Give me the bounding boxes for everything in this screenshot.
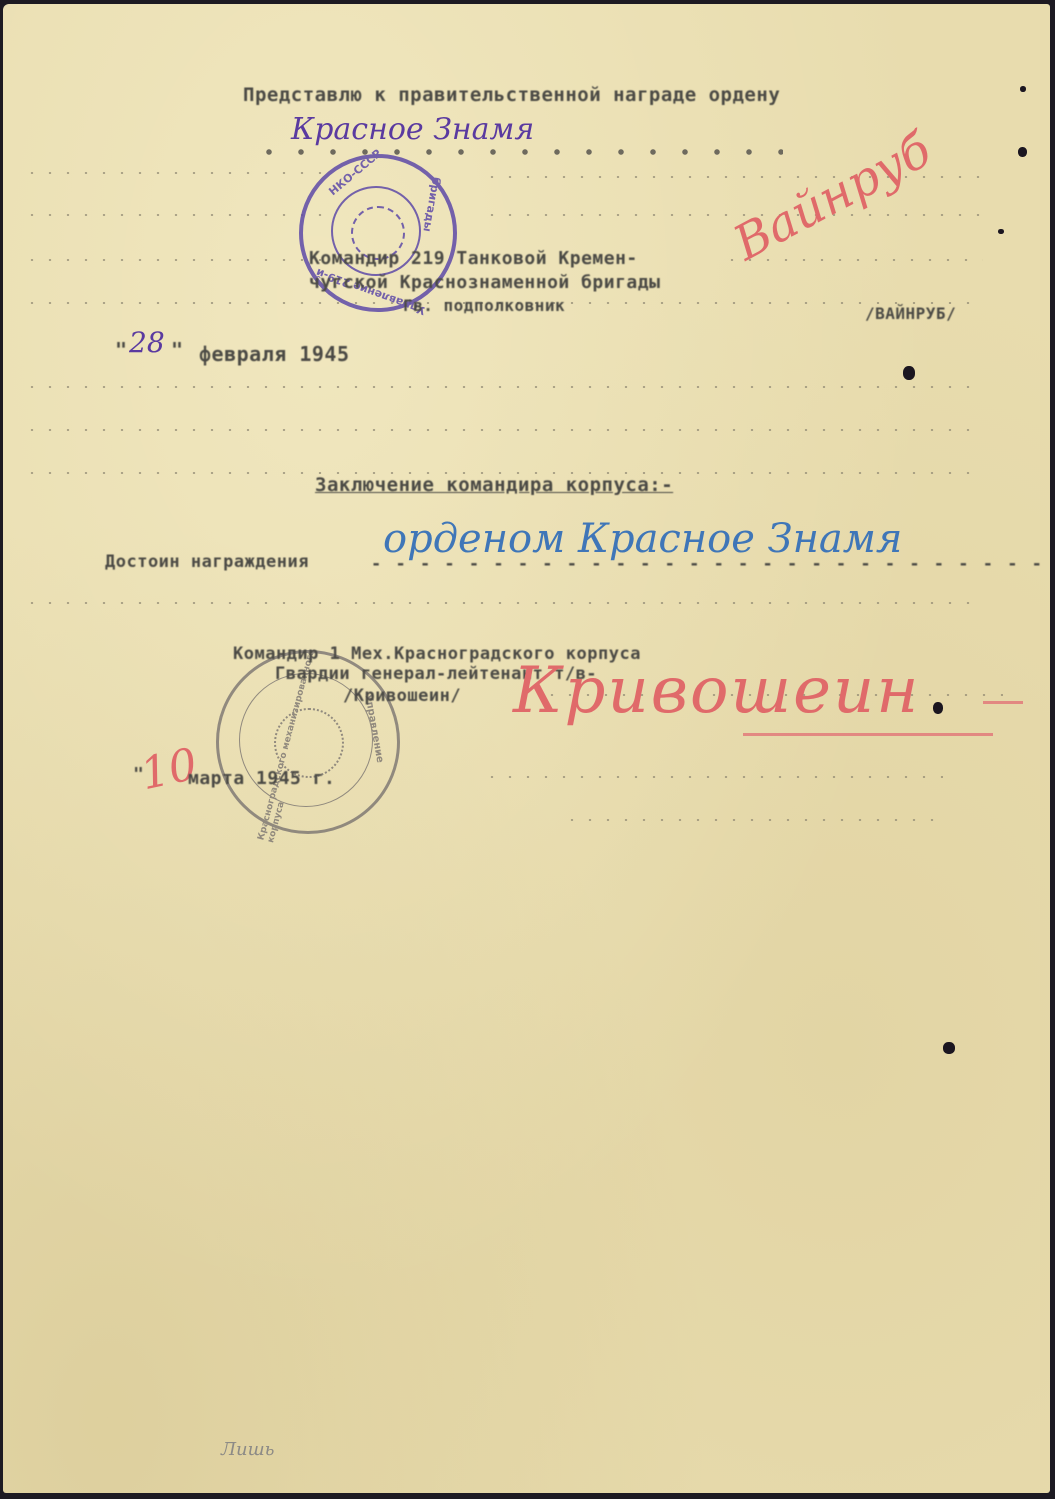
guide-line	[23, 429, 983, 431]
guide-line	[23, 386, 983, 388]
signature-tail	[983, 701, 1023, 704]
bottom-scribble: Лишь	[221, 1439, 274, 1460]
hole-mark	[1018, 147, 1027, 157]
date-rest: февраля 1945	[199, 342, 350, 366]
award-conclusion-handwritten: орденом Красное Знамя	[383, 516, 902, 562]
date-quote-close: "	[171, 338, 184, 362]
guide-line	[23, 259, 323, 261]
date-quote-open: "	[115, 338, 128, 362]
guide-line	[23, 214, 323, 216]
hole-mark	[903, 366, 915, 380]
signatory-line-3: Гв. подполковник	[403, 296, 565, 315]
hole-mark	[943, 1042, 955, 1054]
dotted-line	[253, 149, 783, 155]
guide-line	[23, 172, 323, 174]
stamp-text-side: бригады	[420, 176, 442, 233]
signature-underline	[743, 733, 993, 736]
hole-mark	[1020, 86, 1026, 92]
hole-mark	[998, 229, 1004, 234]
award-conclusion-label: Достоин награждения	[105, 552, 309, 572]
corps-conclusion-label: Заключение командира корпуса:-	[315, 474, 673, 496]
commander-name: /Кривошеин/	[343, 686, 461, 706]
guide-line	[483, 214, 983, 216]
date-day-handwritten: 28	[129, 326, 165, 359]
document-page: Представлю к правительственной награде о…	[3, 4, 1050, 1493]
signatory-name: /ВАЙНРУБ/	[865, 304, 956, 323]
commander-signature: Кривошеин	[513, 654, 920, 728]
guide-line	[483, 776, 943, 778]
hole-mark	[933, 702, 943, 714]
signatory-line-1: Командир 219 Танковой Кремен-	[309, 248, 638, 269]
signatory-line-2: чугской Краснознаменной бригады	[309, 272, 660, 293]
guide-line	[23, 602, 983, 604]
red-signature-1: Вайнруб	[725, 122, 941, 272]
heading-text: Представлю к правительственной награде о…	[243, 84, 780, 106]
date2-rest: марта 1945 г.	[188, 768, 335, 789]
guide-line	[563, 819, 943, 821]
award-handwritten: Красное Знамя	[291, 112, 534, 147]
